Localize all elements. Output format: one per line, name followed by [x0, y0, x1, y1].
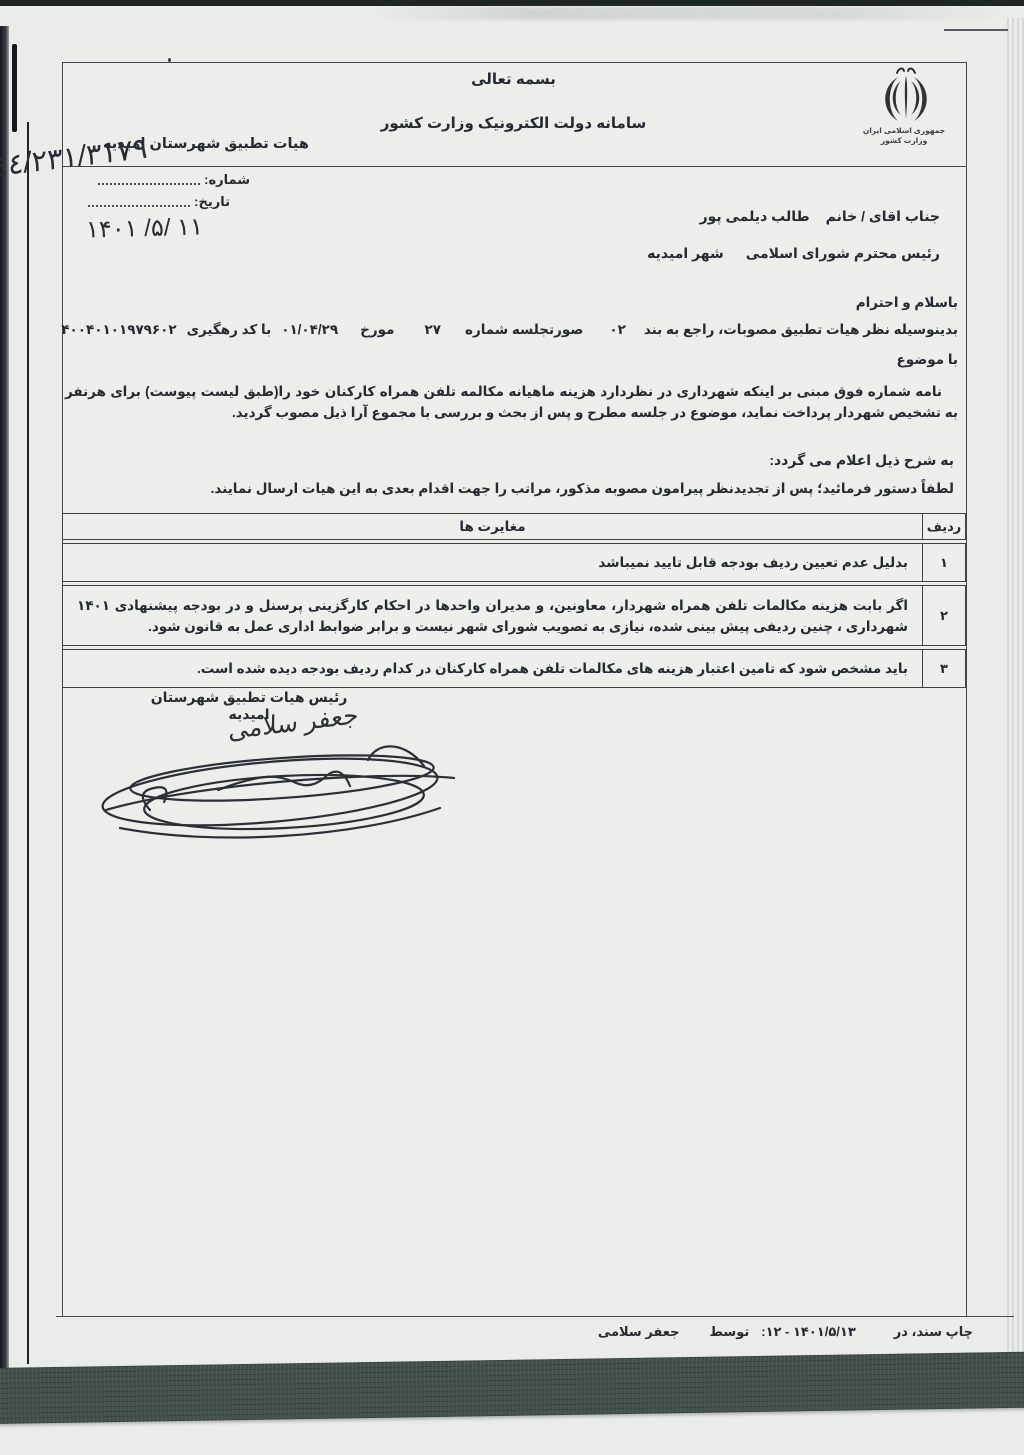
ref-tracking-code: ۴۰۰۴۰۱۰۱۹۷۹۶۰۲: [61, 322, 176, 338]
system-title: سامانه دولت الکترونیک وزارت کشور: [62, 114, 965, 132]
print-label: چاپ سند، در: [894, 1324, 973, 1340]
row-number: ۳: [922, 650, 965, 687]
recipient-line1: جناب اقای / خانمطالب دیلمی پور: [647, 198, 940, 235]
row-number: ۲: [922, 586, 965, 645]
recipient-block: جناب اقای / خانمطالب دیلمی پور رئیس محتر…: [647, 198, 940, 272]
scan-ghost-text: [370, 7, 1010, 20]
table-header-row: ردیف مغایرت ها: [62, 513, 966, 540]
date-field: تاریخ:: [88, 193, 230, 210]
recipient-salutation: جناب اقای / خانم: [826, 208, 940, 224]
number-field: شماره:: [98, 171, 250, 188]
recipient-line2: رئیس محترم شورای اسلامیشهر امیدیه: [647, 235, 940, 272]
row-text: باید مشخص شود که تامین اعتبار هزینه های …: [63, 650, 922, 687]
row-text: اگر بابت هزینه مکالمات تلفن همراه شهردار…: [63, 586, 922, 645]
emblem-caption: جمهوری اسلامی ایران وزارت کشور: [858, 126, 950, 146]
scan-backing-band: [0, 1352, 1024, 1424]
header-discrepancies: مغایرت ها: [63, 514, 922, 539]
table-row: ۱ بدلیل عدم تعیین ردیف بودجه قابل تایید …: [62, 543, 966, 582]
date-label: تاریخ:: [194, 194, 230, 210]
emblem-caption-line2: وزارت کشور: [858, 136, 950, 146]
number-label: شماره:: [204, 172, 250, 188]
ref-part2: صورتجلسه شماره: [465, 322, 583, 338]
scan-top-strip: [0, 0, 1024, 6]
ref-session-no: ۲۷: [424, 322, 440, 338]
ref-part1: بدینوسیله نظر هیات تطبیق مصوبات، راجع به…: [644, 322, 958, 338]
recipient-name: طالب دیلمی پور: [700, 208, 810, 224]
number-dotted-line: [98, 171, 200, 185]
scanned-letter-page: { "document": { "top": { "besmellah": "ب…: [0, 0, 1024, 1455]
row-text: بدلیل عدم تعیین ردیف بودجه قابل تایید نم…: [63, 544, 922, 581]
subject-label: با موضوع: [897, 352, 958, 368]
scan-left-mark: [12, 44, 17, 132]
scan-left-edge: [0, 26, 9, 1378]
signature-scribble: [92, 730, 464, 845]
besmellah-line: بسمه تعالی: [62, 70, 965, 88]
table-row: ۲ اگر بابت هزینه مکالمات تلفن همراه شهرد…: [62, 585, 966, 646]
discrepancies-table: ردیف مغایرت ها ۱ بدلیل عدم تعیین ردیف بو…: [62, 513, 966, 688]
ref-session-date: ۰۱/۰۴/۲۹: [281, 322, 338, 338]
iran-emblem-icon: [876, 66, 936, 124]
ref-part3: مورخ: [360, 322, 394, 338]
recipient-city: شهر امیدیه: [647, 245, 724, 261]
emblem-caption-line1: جمهوری اسلامی ایران: [858, 126, 950, 136]
footer-separator: [56, 1316, 1014, 1317]
ref-clause-no: ۰۲: [609, 322, 625, 338]
date-dotted-line: [88, 193, 190, 207]
instruction-line: لطفاً دستور فرمائید؛ پس از تجدیدنظر پیرا…: [211, 481, 954, 497]
reference-line: بدینوسیله نظر هیات تطبیق مصوبات، راجع به…: [65, 322, 958, 338]
ref-part4: با کد رهگیری: [187, 322, 272, 338]
greeting-line: باسلام و احترام: [856, 295, 958, 311]
print-by-name: جعفر سلامی: [598, 1324, 680, 1340]
print-by-label: توسط: [709, 1324, 749, 1340]
scan-corner-dash: [944, 29, 1008, 31]
print-datetime: :۱۲ - ۱۴۰۱/۵/۱۳: [761, 1324, 856, 1340]
print-footer: چاپ سند، در :۱۲ - ۱۴۰۱/۵/۱۳ توسط جعفر سل…: [598, 1324, 973, 1340]
handwritten-date: ۱۴۰۱ /۵/ ۱۱: [86, 212, 204, 244]
scan-right-streaks: [1007, 18, 1024, 1352]
announcement-line: به شرح ذیل اعلام می گردد:: [769, 452, 954, 469]
header-row-no: ردیف: [922, 514, 965, 539]
recipient-title: رئیس محترم شورای اسلامی: [746, 245, 940, 261]
scan-left-line: [27, 122, 29, 1364]
header-separator: [62, 166, 966, 167]
row-number: ۱: [922, 544, 965, 581]
table-row: ۳ باید مشخص شود که تامین اعتبار هزینه ها…: [62, 649, 966, 688]
subject-paragraph: نامه شماره فوق مبنی بر اینکه شهرداری در …: [65, 381, 958, 423]
